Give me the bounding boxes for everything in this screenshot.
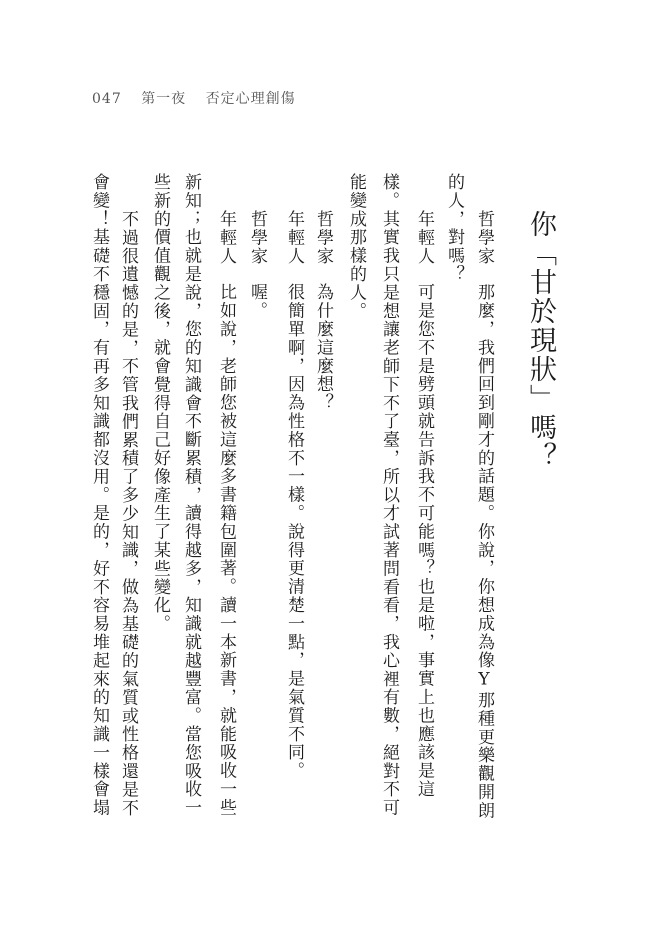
- speaker-label: 哲學家: [474, 210, 494, 265]
- dialogue-line: 哲學家那麼，我們回到剛才的話題。你說，你想成為像Y那種更樂觀開朗: [474, 210, 494, 820]
- dialogue-line: 新知；也就是說，您的知識會不斷累積，讀得越多，知識就越豐富。當您吸收一: [181, 173, 201, 817]
- chapter-label: 第一夜: [141, 91, 186, 107]
- dialogue-line: 年輕人很簡單啊，因為性格不一樣。說得更清楚一點，是氣質不同。: [284, 210, 304, 780]
- speaker-label: 哲學家: [313, 210, 333, 265]
- dialogue-line: 的人，對嗎？: [444, 173, 464, 283]
- page-number: 047: [92, 91, 122, 107]
- section-label: 否定心理創傷: [206, 91, 296, 107]
- running-header: 047 第一夜 否定心理創傷: [92, 88, 296, 108]
- speaker-label: 年輕人: [216, 210, 236, 265]
- dialogue-text: 那麼，我們回到剛才的話題。你說，你想成為像Y那種更樂觀開朗: [474, 283, 494, 820]
- section-title: 你「甘於現狀」嗎？: [525, 210, 555, 471]
- dialogue-line: 年輕人比如說，老師您被這麼多書籍包圍著。讀一本新書，就能吸收一些: [216, 210, 236, 817]
- dialogue-line: 些新的價值觀之後，就會覺得自己好像產生了某些變化。: [150, 173, 170, 633]
- speaker-label: 年輕人: [414, 210, 434, 265]
- dialogue-line: 能變成那樣的人。: [346, 173, 366, 320]
- dialogue-line: 哲學家為什麼這麼想？: [313, 210, 333, 412]
- dialogue-text: 比如說，老師您被這麼多書籍包圍著。讀一本新書，就能吸收一些: [216, 283, 236, 817]
- dialogue-line: 樣。其實我只是想讓老師下不了臺，所以才試著問看看，我心裡有數，絕對不可: [379, 173, 399, 817]
- dialogue-text: 很簡單啊，因為性格不一樣。說得更清楚一點，是氣質不同。: [284, 283, 304, 780]
- speaker-label: 年輕人: [284, 210, 304, 265]
- dialogue-line: 不過很遺憾的是，不管我們累積了多少知識，做為基礎的氣質或性格還是不: [118, 210, 138, 817]
- dialogue-text: 為什麼這麼想？: [313, 283, 333, 412]
- dialogue-line: 年輕人可是您不是劈頭就告訴我不可能嗎？也是啦，事實上也應該是這: [414, 210, 434, 798]
- dialogue-line: 哲學家喔。: [247, 210, 267, 320]
- dialogue-text: 喔。: [247, 283, 267, 320]
- dialogue-line: 會變！基礎不穩固，有再多知識都沒用。是的，好不容易堆起來的知識一樣會塌: [89, 173, 109, 817]
- dialogue-text: 可是您不是劈頭就告訴我不可能嗎？也是啦，事實上也應該是這: [414, 283, 434, 798]
- speaker-label: 哲學家: [247, 210, 267, 265]
